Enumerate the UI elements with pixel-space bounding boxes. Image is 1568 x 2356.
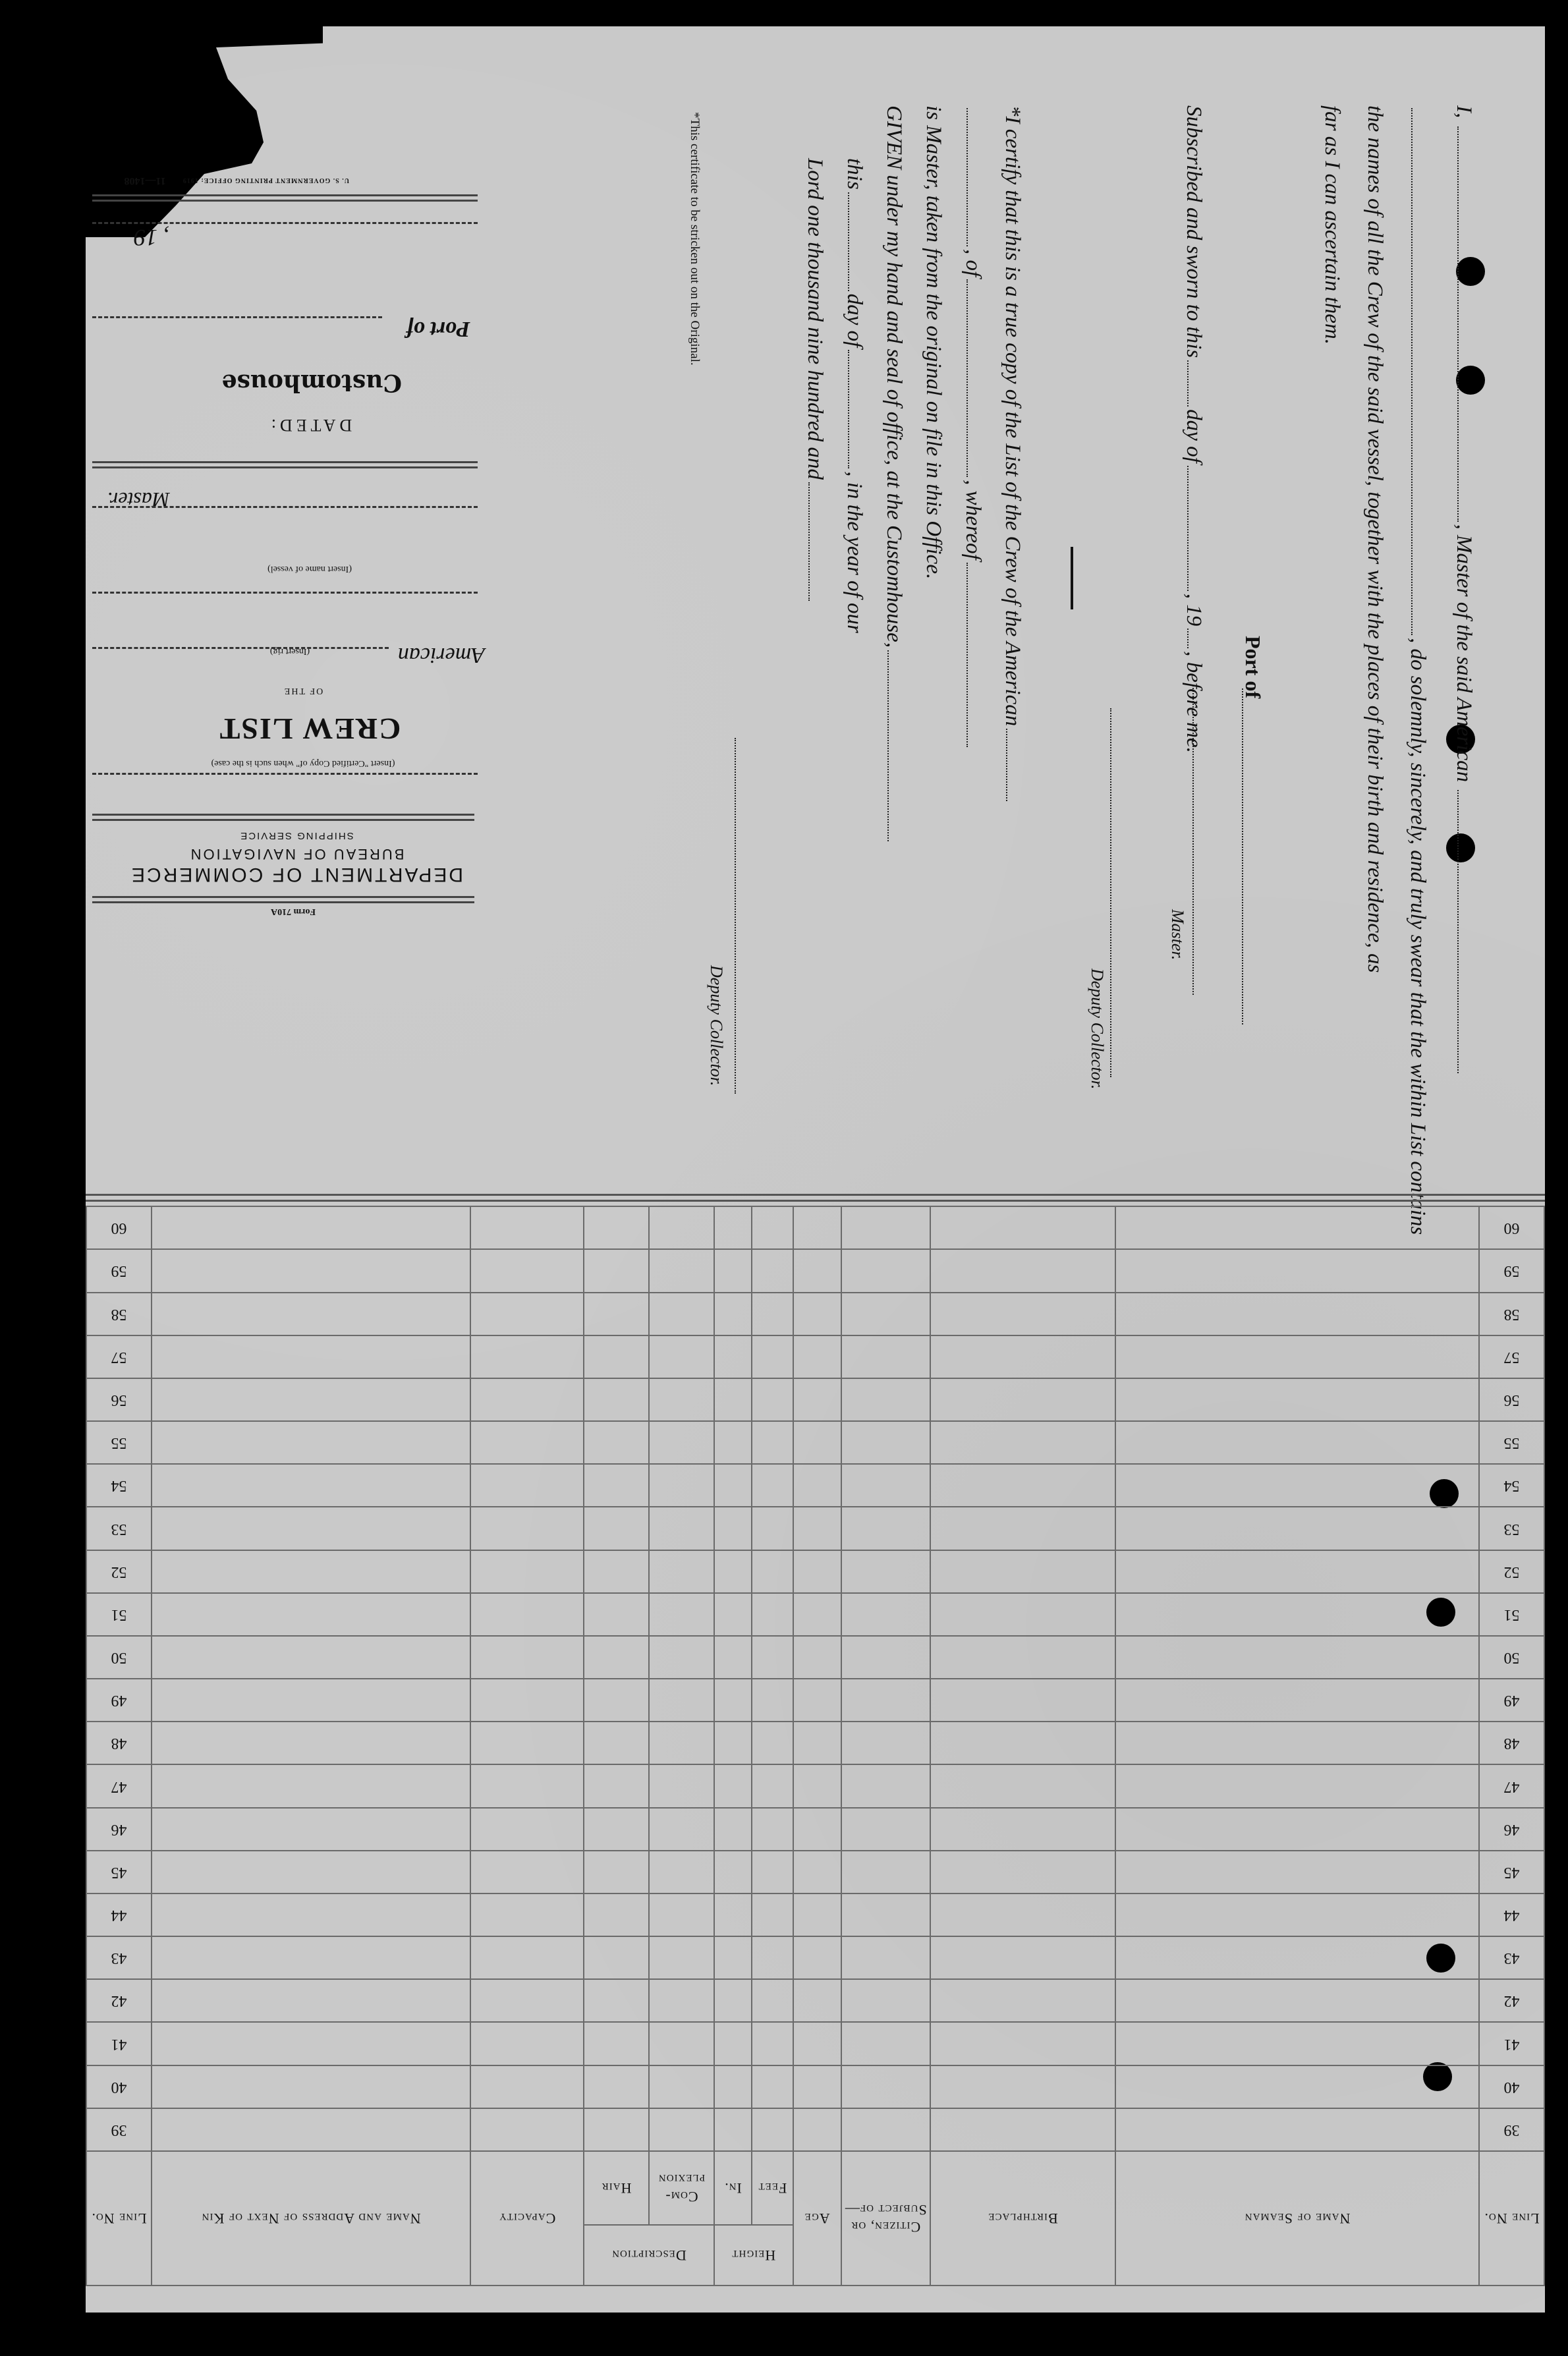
cell-inches[interactable] bbox=[714, 1206, 752, 1249]
line-number-right: 44 bbox=[86, 1893, 152, 1936]
line-number-right: 39 bbox=[86, 2108, 152, 2151]
cell-kin[interactable] bbox=[152, 1249, 470, 1292]
cell-age[interactable] bbox=[793, 1378, 841, 1421]
cover-port-field[interactable] bbox=[92, 316, 382, 318]
document-page: I, , Master of the said American , do so… bbox=[86, 26, 1545, 2313]
cell-inches[interactable] bbox=[714, 1808, 752, 1851]
cell-complexion[interactable] bbox=[649, 1936, 714, 1979]
cell-birthplace[interactable] bbox=[930, 1206, 1115, 1249]
line-number: 60 bbox=[1479, 1206, 1544, 1249]
cell-inches[interactable] bbox=[714, 1764, 752, 1807]
cell-inches[interactable] bbox=[714, 1851, 752, 1893]
cell-hair[interactable] bbox=[584, 1636, 649, 1679]
table-row: 5454 bbox=[86, 1464, 1544, 1507]
cell-kin[interactable] bbox=[152, 1893, 470, 1936]
cell-complexion[interactable] bbox=[649, 1722, 714, 1764]
cell-name[interactable] bbox=[1115, 1679, 1479, 1722]
cell-capacity[interactable] bbox=[470, 1893, 584, 1936]
cell-hair[interactable] bbox=[584, 1679, 649, 1722]
master-name-field[interactable] bbox=[1457, 126, 1459, 522]
cell-kin[interactable] bbox=[152, 1679, 470, 1722]
cell-name[interactable] bbox=[1115, 2108, 1479, 2151]
line-number-right: 41 bbox=[86, 2022, 152, 2065]
cell-complexion[interactable] bbox=[649, 1421, 714, 1464]
deputy-collector-label-2: Deputy Collector. bbox=[706, 965, 726, 1086]
dated-label: DATED: bbox=[244, 415, 376, 435]
cell-complexion[interactable] bbox=[649, 1507, 714, 1550]
cell-name[interactable] bbox=[1115, 1851, 1479, 1893]
printer-line: U. S. GOVERNMENT PRINTING OFFICE: 1919 bbox=[191, 177, 349, 184]
line-number-right: 45 bbox=[86, 1851, 152, 1893]
cell-capacity[interactable] bbox=[470, 1764, 584, 1807]
cell-birthplace[interactable] bbox=[930, 1335, 1115, 1378]
cell-inches[interactable] bbox=[714, 1679, 752, 1722]
cell-kin[interactable] bbox=[152, 1764, 470, 1807]
cover-port-of-label: Port of bbox=[389, 316, 488, 341]
table-row: 4242 bbox=[86, 1979, 1544, 2022]
cell-citizen[interactable] bbox=[841, 1979, 930, 2022]
col-line-no-right: Line No. bbox=[86, 2151, 152, 2286]
cell-kin[interactable] bbox=[152, 2108, 470, 2151]
cell-name[interactable] bbox=[1115, 1808, 1479, 1851]
cell-hair[interactable] bbox=[584, 2022, 649, 2065]
cell-hair[interactable] bbox=[584, 1893, 649, 1936]
deputy-collector-signature-field-2[interactable] bbox=[735, 738, 736, 1094]
cell-feet[interactable] bbox=[752, 1206, 793, 1249]
cell-capacity[interactable] bbox=[470, 2065, 584, 2108]
line-number: 54 bbox=[1479, 1464, 1544, 1507]
cell-inches[interactable] bbox=[714, 1378, 752, 1421]
cell-name[interactable] bbox=[1115, 1249, 1479, 1292]
cell-birthplace[interactable] bbox=[930, 1979, 1115, 2022]
cell-complexion[interactable] bbox=[649, 1550, 714, 1593]
cell-name[interactable] bbox=[1115, 1421, 1479, 1464]
subscribed-year-field[interactable] bbox=[1187, 629, 1189, 648]
cell-birthplace[interactable] bbox=[930, 1764, 1115, 1807]
table-row: 5151 bbox=[86, 1593, 1544, 1636]
oath-line-4: far as I can ascertain them. bbox=[1320, 105, 1344, 345]
cell-complexion[interactable] bbox=[649, 1764, 714, 1807]
cell-citizen[interactable] bbox=[841, 2108, 930, 2151]
cell-name[interactable] bbox=[1115, 1936, 1479, 1979]
cell-citizen[interactable] bbox=[841, 1936, 930, 1979]
cell-complexion[interactable] bbox=[649, 1593, 714, 1636]
cell-birthplace[interactable] bbox=[930, 2065, 1115, 2108]
cell-feet[interactable] bbox=[752, 1507, 793, 1550]
cell-age[interactable] bbox=[793, 1808, 841, 1851]
cell-birthplace[interactable] bbox=[930, 1507, 1115, 1550]
subscribed-month-field[interactable] bbox=[1187, 466, 1189, 591]
cell-citizen[interactable] bbox=[841, 1206, 930, 1249]
cell-citizen[interactable] bbox=[841, 1335, 930, 1378]
cell-hair[interactable] bbox=[584, 1851, 649, 1893]
cell-inches[interactable] bbox=[714, 1936, 752, 1979]
cell-citizen[interactable] bbox=[841, 1593, 930, 1636]
cell-birthplace[interactable] bbox=[930, 1378, 1115, 1421]
cell-hair[interactable] bbox=[584, 1378, 649, 1421]
form-number: Form 710A bbox=[237, 906, 349, 916]
cell-complexion[interactable] bbox=[649, 1851, 714, 1893]
table-row: 5555 bbox=[86, 1421, 1544, 1464]
col-height: Height bbox=[714, 2225, 793, 2286]
line-number: 46 bbox=[1479, 1808, 1544, 1851]
line-number-right: 46 bbox=[86, 1808, 152, 1851]
cell-capacity[interactable] bbox=[470, 1293, 584, 1335]
cell-hair[interactable] bbox=[584, 1979, 649, 2022]
bureau-label: BUREAU OF NAVIGATION bbox=[145, 845, 448, 862]
cell-citizen[interactable] bbox=[841, 1464, 930, 1507]
cell-complexion[interactable] bbox=[649, 1293, 714, 1335]
cell-name[interactable] bbox=[1115, 1764, 1479, 1807]
cell-name[interactable] bbox=[1115, 1206, 1479, 1249]
line-number: 44 bbox=[1479, 1893, 1544, 1936]
cell-capacity[interactable] bbox=[470, 1936, 584, 1979]
cell-name[interactable] bbox=[1115, 1979, 1479, 2022]
cell-complexion[interactable] bbox=[649, 1808, 714, 1851]
cell-kin[interactable] bbox=[152, 2065, 470, 2108]
cell-citizen[interactable] bbox=[841, 1679, 930, 1722]
cell-capacity[interactable] bbox=[470, 1378, 584, 1421]
cell-capacity[interactable] bbox=[470, 1679, 584, 1722]
cell-birthplace[interactable] bbox=[930, 1636, 1115, 1679]
line-number-right: 57 bbox=[86, 1335, 152, 1378]
given-year-field[interactable] bbox=[808, 482, 810, 601]
cell-age[interactable] bbox=[793, 1764, 841, 1807]
cell-inches[interactable] bbox=[714, 1550, 752, 1593]
cell-inches[interactable] bbox=[714, 2022, 752, 2065]
cell-age[interactable] bbox=[793, 2108, 841, 2151]
cell-inches[interactable] bbox=[714, 2108, 752, 2151]
master-signature-label: Master. bbox=[1167, 909, 1187, 960]
cell-capacity[interactable] bbox=[470, 1979, 584, 2022]
cell-inches[interactable] bbox=[714, 1593, 752, 1636]
subscribed-day-field[interactable] bbox=[1187, 360, 1189, 407]
cell-citizen[interactable] bbox=[841, 2022, 930, 2065]
cell-capacity[interactable] bbox=[470, 1206, 584, 1249]
cell-birthplace[interactable] bbox=[930, 1293, 1115, 1335]
cell-kin[interactable] bbox=[152, 2022, 470, 2065]
col-feet: Feet bbox=[752, 2151, 793, 2225]
cell-capacity[interactable] bbox=[470, 1507, 584, 1550]
cell-age[interactable] bbox=[793, 1936, 841, 1979]
cell-citizen[interactable] bbox=[841, 1893, 930, 1936]
cell-citizen[interactable] bbox=[841, 1636, 930, 1679]
line-number: 40 bbox=[1479, 2065, 1544, 2108]
cell-feet[interactable] bbox=[752, 1979, 793, 2022]
cell-citizen[interactable] bbox=[841, 1808, 930, 1851]
line-number-right: 54 bbox=[86, 1464, 152, 1507]
given-month-field[interactable] bbox=[848, 350, 849, 468]
cell-citizen[interactable] bbox=[841, 1722, 930, 1764]
cell-feet[interactable] bbox=[752, 1593, 793, 1636]
cover-vessel-field[interactable] bbox=[92, 592, 478, 594]
cell-kin[interactable] bbox=[152, 1593, 470, 1636]
cell-kin[interactable] bbox=[152, 1636, 470, 1679]
cell-name[interactable] bbox=[1115, 2065, 1479, 2108]
cell-hair[interactable] bbox=[584, 1249, 649, 1292]
cell-complexion[interactable] bbox=[649, 1464, 714, 1507]
line-number: 48 bbox=[1479, 1722, 1544, 1764]
cell-hair[interactable] bbox=[584, 1550, 649, 1593]
cell-complexion[interactable] bbox=[649, 2022, 714, 2065]
cell-complexion[interactable] bbox=[649, 1979, 714, 2022]
cell-birthplace[interactable] bbox=[930, 2108, 1115, 2151]
certified-master-field[interactable] bbox=[966, 563, 968, 747]
cell-age[interactable] bbox=[793, 1636, 841, 1679]
cell-feet[interactable] bbox=[752, 2108, 793, 2151]
cell-complexion[interactable] bbox=[649, 1679, 714, 1722]
cell-feet[interactable] bbox=[752, 1550, 793, 1593]
line-number: 51 bbox=[1479, 1593, 1544, 1636]
oath-line-2: , do solemnly, sincerely, and truly swea… bbox=[1405, 105, 1430, 1235]
line-number-right: 56 bbox=[86, 1378, 152, 1421]
cell-inches[interactable] bbox=[714, 1636, 752, 1679]
deputy-collector-signature-field[interactable] bbox=[1110, 708, 1111, 1077]
cell-complexion[interactable] bbox=[649, 1378, 714, 1421]
cell-citizen[interactable] bbox=[841, 1421, 930, 1464]
cell-feet[interactable] bbox=[752, 2065, 793, 2108]
cell-feet[interactable] bbox=[752, 1722, 793, 1764]
cell-age[interactable] bbox=[793, 1206, 841, 1249]
cell-hair[interactable] bbox=[584, 1507, 649, 1550]
cell-age[interactable] bbox=[793, 1679, 841, 1722]
line-number-right: 49 bbox=[86, 1679, 152, 1722]
cell-kin[interactable] bbox=[152, 1378, 470, 1421]
cell-feet[interactable] bbox=[752, 1851, 793, 1893]
cover-master-field[interactable] bbox=[92, 506, 478, 508]
cell-hair[interactable] bbox=[584, 2065, 649, 2108]
line-number: 41 bbox=[1479, 2022, 1544, 2065]
cell-inches[interactable] bbox=[714, 1893, 752, 1936]
cell-birthplace[interactable] bbox=[930, 1808, 1115, 1851]
cell-citizen[interactable] bbox=[841, 1249, 930, 1292]
cell-birthplace[interactable] bbox=[930, 1593, 1115, 1636]
cell-kin[interactable] bbox=[152, 1936, 470, 1979]
cell-citizen[interactable] bbox=[841, 1550, 930, 1593]
cell-kin[interactable] bbox=[152, 1808, 470, 1851]
cell-complexion[interactable] bbox=[649, 1206, 714, 1249]
table-row: 3939 bbox=[86, 2108, 1544, 2151]
cell-age[interactable] bbox=[793, 2065, 841, 2108]
cell-feet[interactable] bbox=[752, 1421, 793, 1464]
cell-inches[interactable] bbox=[714, 1293, 752, 1335]
cover-master-label: Master. bbox=[99, 488, 178, 512]
cell-capacity[interactable] bbox=[470, 1808, 584, 1851]
cell-hair[interactable] bbox=[584, 1464, 649, 1507]
cell-name[interactable] bbox=[1115, 1378, 1479, 1421]
table-row: 5656 bbox=[86, 1378, 1544, 1421]
cell-birthplace[interactable] bbox=[930, 1893, 1115, 1936]
cell-complexion[interactable] bbox=[649, 1636, 714, 1679]
line-number-right: 42 bbox=[86, 1979, 152, 2022]
cell-capacity[interactable] bbox=[470, 1249, 584, 1292]
cell-capacity[interactable] bbox=[470, 1722, 584, 1764]
cell-name[interactable] bbox=[1115, 2022, 1479, 2065]
cell-hair[interactable] bbox=[584, 1206, 649, 1249]
vessel-name-field[interactable] bbox=[1457, 790, 1459, 1073]
cell-feet[interactable] bbox=[752, 1335, 793, 1378]
cell-age[interactable] bbox=[793, 1722, 841, 1764]
cell-inches[interactable] bbox=[714, 1464, 752, 1507]
cell-hair[interactable] bbox=[584, 1593, 649, 1636]
cell-birthplace[interactable] bbox=[930, 1249, 1115, 1292]
cell-age[interactable] bbox=[793, 1249, 841, 1292]
cell-age[interactable] bbox=[793, 1421, 841, 1464]
cell-capacity[interactable] bbox=[470, 1335, 584, 1378]
cell-hair[interactable] bbox=[584, 1293, 649, 1335]
rule-dept-bottom bbox=[92, 896, 474, 903]
cell-hair[interactable] bbox=[584, 1808, 649, 1851]
cell-feet[interactable] bbox=[752, 2022, 793, 2065]
cell-citizen[interactable] bbox=[841, 2065, 930, 2108]
cell-complexion[interactable] bbox=[649, 2108, 714, 2151]
cell-kin[interactable] bbox=[152, 1206, 470, 1249]
cell-name[interactable] bbox=[1115, 1293, 1479, 1335]
cell-name[interactable] bbox=[1115, 1722, 1479, 1764]
cell-hair[interactable] bbox=[584, 1764, 649, 1807]
cell-name[interactable] bbox=[1115, 1550, 1479, 1593]
certified-rig-field[interactable] bbox=[966, 108, 968, 246]
cell-inches[interactable] bbox=[714, 2065, 752, 2108]
cell-birthplace[interactable] bbox=[930, 1936, 1115, 1979]
cell-capacity[interactable] bbox=[470, 1593, 584, 1636]
cell-age[interactable] bbox=[793, 1464, 841, 1507]
cell-citizen[interactable] bbox=[841, 1851, 930, 1893]
cell-citizen[interactable] bbox=[841, 1507, 930, 1550]
customhouse-field[interactable] bbox=[887, 650, 889, 841]
cell-hair[interactable] bbox=[584, 1936, 649, 1979]
cell-age[interactable] bbox=[793, 1851, 841, 1893]
cell-complexion[interactable] bbox=[649, 1893, 714, 1936]
cell-birthplace[interactable] bbox=[930, 1722, 1115, 1764]
table-row: 4040 bbox=[86, 2065, 1544, 2108]
cell-birthplace[interactable] bbox=[930, 1550, 1115, 1593]
oath-line-3: the names of all the Crew of the said ve… bbox=[1362, 105, 1387, 972]
table-row: 4343 bbox=[86, 1936, 1544, 1979]
cell-age[interactable] bbox=[793, 1979, 841, 2022]
cell-kin[interactable] bbox=[152, 1722, 470, 1764]
cell-name[interactable] bbox=[1115, 1893, 1479, 1936]
cover-rig-field[interactable] bbox=[92, 647, 389, 649]
cell-birthplace[interactable] bbox=[930, 1421, 1115, 1464]
certified-port-field[interactable] bbox=[966, 279, 968, 477]
cell-kin[interactable] bbox=[152, 1293, 470, 1335]
department-label: DEPARTMENT OF COMMERCE bbox=[119, 863, 474, 885]
cell-age[interactable] bbox=[793, 1335, 841, 1378]
cell-capacity[interactable] bbox=[470, 1550, 584, 1593]
crew-list-title: CREW LIST bbox=[191, 712, 428, 746]
cell-hair[interactable] bbox=[584, 1722, 649, 1764]
cell-name[interactable] bbox=[1115, 1335, 1479, 1378]
cell-feet[interactable] bbox=[752, 1378, 793, 1421]
cell-inches[interactable] bbox=[714, 1335, 752, 1378]
cell-citizen[interactable] bbox=[841, 1764, 930, 1807]
cell-age[interactable] bbox=[793, 1507, 841, 1550]
cell-name[interactable] bbox=[1115, 1507, 1479, 1550]
cell-complexion[interactable] bbox=[649, 2065, 714, 2108]
cell-kin[interactable] bbox=[152, 1550, 470, 1593]
table-row: 4848 bbox=[86, 1722, 1544, 1764]
cell-kin[interactable] bbox=[152, 1507, 470, 1550]
cell-capacity[interactable] bbox=[470, 1464, 584, 1507]
cell-hair[interactable] bbox=[584, 1335, 649, 1378]
cell-feet[interactable] bbox=[752, 1936, 793, 1979]
cell-kin[interactable] bbox=[152, 1464, 470, 1507]
cell-capacity[interactable] bbox=[470, 1851, 584, 1893]
cell-citizen[interactable] bbox=[841, 1293, 930, 1335]
col-name-of-seaman: Name of Seaman bbox=[1115, 2151, 1479, 2286]
cell-capacity[interactable] bbox=[470, 2022, 584, 2065]
cell-feet[interactable] bbox=[752, 1293, 793, 1335]
cover-american-label: American bbox=[395, 642, 488, 667]
given-day-field[interactable] bbox=[848, 192, 849, 291]
cell-inches[interactable] bbox=[714, 1979, 752, 2022]
cell-birthplace[interactable] bbox=[930, 1851, 1115, 1893]
cell-age[interactable] bbox=[793, 1293, 841, 1335]
cell-age[interactable] bbox=[793, 1550, 841, 1593]
cell-feet[interactable] bbox=[752, 1808, 793, 1851]
cell-inches[interactable] bbox=[714, 1249, 752, 1292]
cell-inches[interactable] bbox=[714, 1722, 752, 1764]
cell-capacity[interactable] bbox=[470, 1636, 584, 1679]
cell-hair[interactable] bbox=[584, 1421, 649, 1464]
cell-age[interactable] bbox=[793, 2022, 841, 2065]
cell-name[interactable] bbox=[1115, 1464, 1479, 1507]
cell-complexion[interactable] bbox=[649, 1249, 714, 1292]
port-field[interactable] bbox=[1242, 688, 1243, 1024]
cell-feet[interactable] bbox=[752, 1249, 793, 1292]
cell-age[interactable] bbox=[793, 1593, 841, 1636]
cell-kin[interactable] bbox=[152, 1335, 470, 1378]
cell-feet[interactable] bbox=[752, 1764, 793, 1807]
rig-field[interactable] bbox=[1411, 108, 1413, 635]
separator-rule bbox=[1071, 547, 1073, 609]
cell-inches[interactable] bbox=[714, 1421, 752, 1464]
cell-kin[interactable] bbox=[152, 1979, 470, 2022]
table-row: 4747 bbox=[86, 1764, 1544, 1807]
col-complexion: Com-plexion bbox=[649, 2151, 714, 2225]
cell-name[interactable] bbox=[1115, 1636, 1479, 1679]
subscribed-line: Subscribed and sworn to thisday of, 19, … bbox=[1181, 105, 1206, 753]
cell-capacity[interactable] bbox=[470, 2108, 584, 2151]
line-number-right: 53 bbox=[86, 1507, 152, 1550]
cell-feet[interactable] bbox=[752, 1636, 793, 1679]
cell-birthplace[interactable] bbox=[930, 1464, 1115, 1507]
cell-feet[interactable] bbox=[752, 1893, 793, 1936]
cell-age[interactable] bbox=[793, 1893, 841, 1936]
cell-hair[interactable] bbox=[584, 2108, 649, 2151]
cell-capacity[interactable] bbox=[470, 1421, 584, 1464]
cell-inches[interactable] bbox=[714, 1507, 752, 1550]
cell-birthplace[interactable] bbox=[930, 1679, 1115, 1722]
col-line-no: Line No. bbox=[1479, 2151, 1544, 2286]
cell-complexion[interactable] bbox=[649, 1335, 714, 1378]
certificate-line-6: Lord one thousand nine hundred and bbox=[802, 158, 827, 603]
line-number-right: 50 bbox=[86, 1636, 152, 1679]
cell-kin[interactable] bbox=[152, 1851, 470, 1893]
cell-name[interactable] bbox=[1115, 1593, 1479, 1636]
crew-table: Line No. Name of Seaman Birthplace Citiz… bbox=[86, 1206, 1545, 2286]
table-row: 6060 bbox=[86, 1206, 1544, 1249]
cell-birthplace[interactable] bbox=[930, 2022, 1115, 2065]
table-row: 4141 bbox=[86, 2022, 1544, 2065]
cell-feet[interactable] bbox=[752, 1679, 793, 1722]
cell-citizen[interactable] bbox=[841, 1378, 930, 1421]
cell-feet[interactable] bbox=[752, 1464, 793, 1507]
cell-kin[interactable] bbox=[152, 1421, 470, 1464]
certified-copy-field[interactable] bbox=[92, 773, 478, 775]
certified-vessel-field[interactable] bbox=[1006, 729, 1007, 801]
